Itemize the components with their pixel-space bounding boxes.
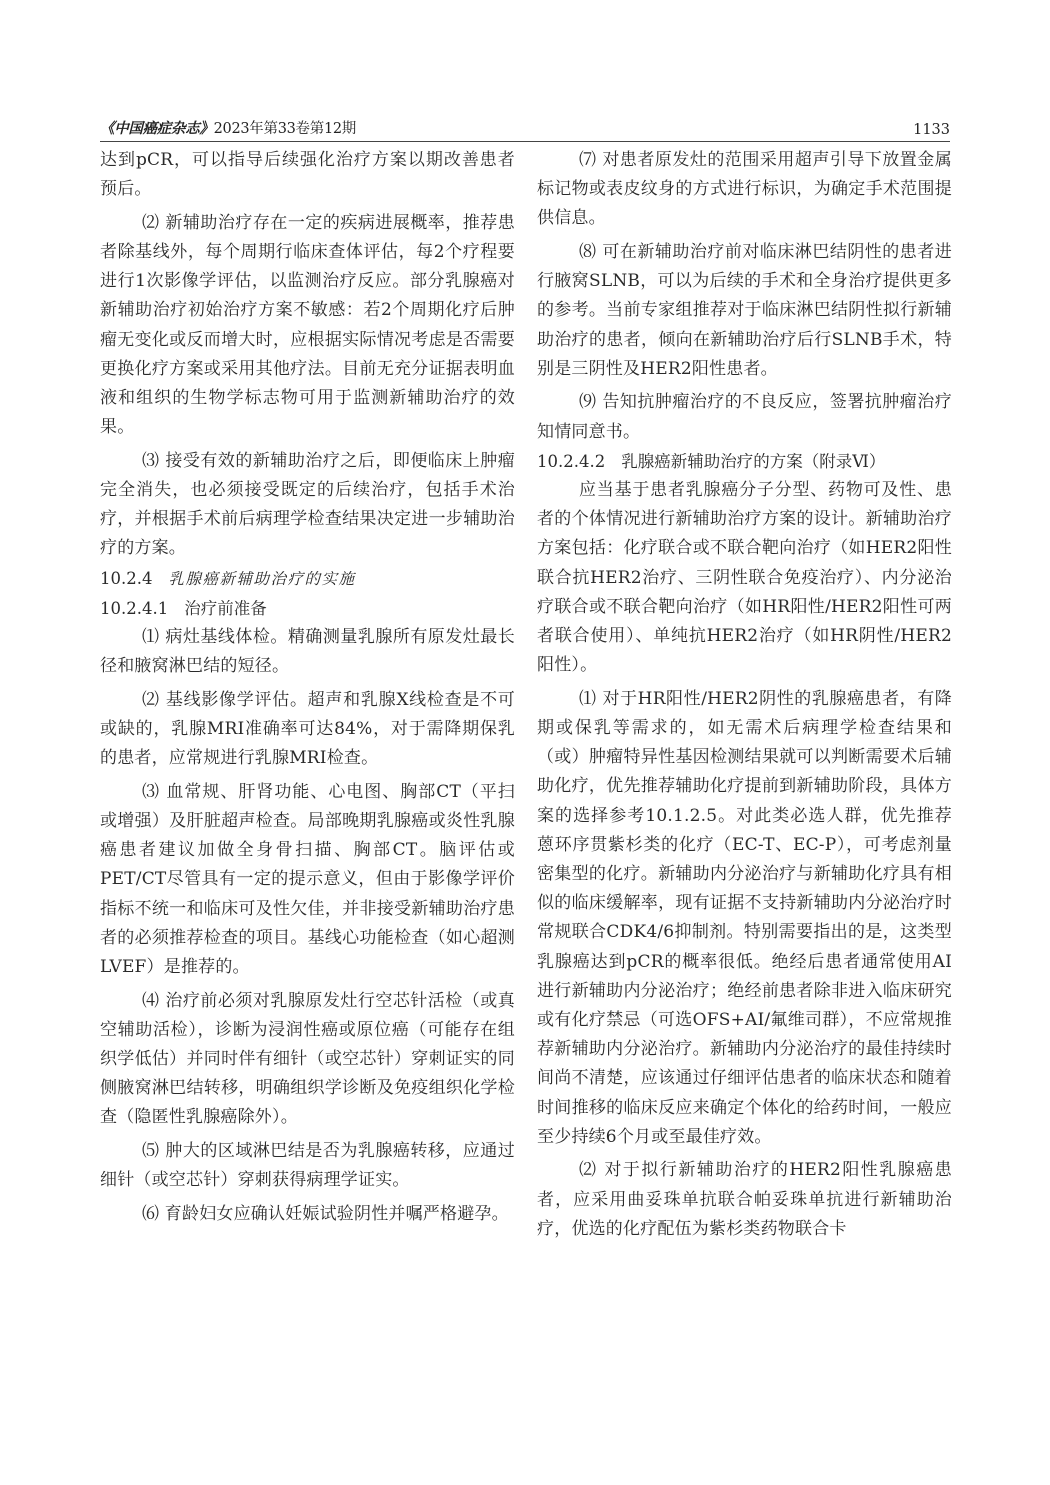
paragraph-regimen-2: ⑵ 对于拟行新辅助治疗的HER2阳性乳腺癌患者，应采用曲妥珠单抗联合帕妥珠单抗进… xyxy=(537,1156,952,1244)
section-heading-10-2-4-2: 10.2.4.2乳腺癌新辅助治疗的方案（附录Ⅵ） xyxy=(537,447,952,476)
left-column: 达到pCR，可以指导后续强化治疗方案以期改善患者预后。 ⑵ 新辅助治疗存在一定的… xyxy=(100,146,515,1229)
journal-issue: 2023年第33卷第12期 xyxy=(214,121,356,137)
paragraph-regimen-intro: 应当基于患者乳腺癌分子分型、药物可及性、患者的个体情况进行新辅助治疗方案的设计。… xyxy=(537,476,952,680)
section-heading-10-2-4: 10.2.4乳腺癌新辅助治疗的实施 xyxy=(100,564,515,594)
paragraph-prep-6: ⑹ 育龄妇女应确认妊娠试验阴性并嘱严格避孕。 xyxy=(100,1200,515,1229)
section-number: 10.2.4.2 xyxy=(537,452,605,471)
paragraph-prep-8: ⑻ 可在新辅助治疗前对临床淋巴结阴性的患者进行腋窝SLNB，可以为后续的手术和全… xyxy=(537,238,952,384)
paragraph-prep-5: ⑸ 肿大的区域淋巴结是否为乳腺癌转移，应通过细针（或空芯针）穿刺获得病理学证实。 xyxy=(100,1137,515,1195)
paragraph-item-3-followup: ⑶ 接受有效的新辅助治疗之后，即便临床上肿瘤完全消失，也必须接受既定的后续治疗，… xyxy=(100,447,515,564)
journal-name: 《中国癌症杂志》 xyxy=(100,120,214,137)
right-column: ⑺ 对患者原发灶的范围采用超声引导下放置金属标记物或表皮纹身的方式进行标识，为确… xyxy=(537,146,952,1244)
section-number: 10.2.4.1 xyxy=(100,599,168,618)
section-title: 治疗前准备 xyxy=(184,599,267,618)
section-heading-10-2-4-1: 10.2.4.1治疗前准备 xyxy=(100,594,515,623)
paragraph-prep-9: ⑼ 告知抗肿瘤治疗的不良反应，签署抗肿瘤治疗知情同意书。 xyxy=(537,388,952,446)
paragraph-regimen-1: ⑴ 对于HR阳性/HER2阴性的乳腺癌患者，有降期或保乳等需求的，如无需术后病理… xyxy=(537,685,952,1152)
paragraph-prep-4: ⑷ 治疗前必须对乳腺原发灶行空芯针活检（或真空辅助活检），诊断为浸润性癌或原位癌… xyxy=(100,987,515,1133)
paragraph-continuation: 达到pCR，可以指导后续强化治疗方案以期改善患者预后。 xyxy=(100,146,515,204)
paragraph-prep-2: ⑵ 基线影像学评估。超声和乳腺X线检查是不可或缺的，乳腺MRI准确率可达84%，… xyxy=(100,686,515,774)
section-title: 乳腺癌新辅助治疗的实施 xyxy=(168,570,355,588)
section-title: 乳腺癌新辅助治疗的方案（附录Ⅵ） xyxy=(621,452,885,471)
running-header: 《中国癌症杂志》2023年第33卷第12期 1133 xyxy=(100,112,950,142)
page-number: 1133 xyxy=(913,122,950,138)
paragraph-item-2-monitoring: ⑵ 新辅助治疗存在一定的疾病进展概率，推荐患者除基线外，每个周期行临床查体评估，… xyxy=(100,209,515,443)
journal-citation: 《中国癌症杂志》2023年第33卷第12期 xyxy=(100,117,356,138)
paragraph-prep-1: ⑴ 病灶基线体检。精确测量乳腺所有原发灶最长径和腋窝淋巴结的短径。 xyxy=(100,623,515,681)
paragraph-prep-7: ⑺ 对患者原发灶的范围采用超声引导下放置金属标记物或表皮纹身的方式进行标识，为确… xyxy=(537,146,952,234)
paragraph-prep-3: ⑶ 血常规、肝肾功能、心电图、胸部CT（平扫或增强）及肝脏超声检查。局部晚期乳腺… xyxy=(100,778,515,982)
section-number: 10.2.4 xyxy=(100,569,152,588)
